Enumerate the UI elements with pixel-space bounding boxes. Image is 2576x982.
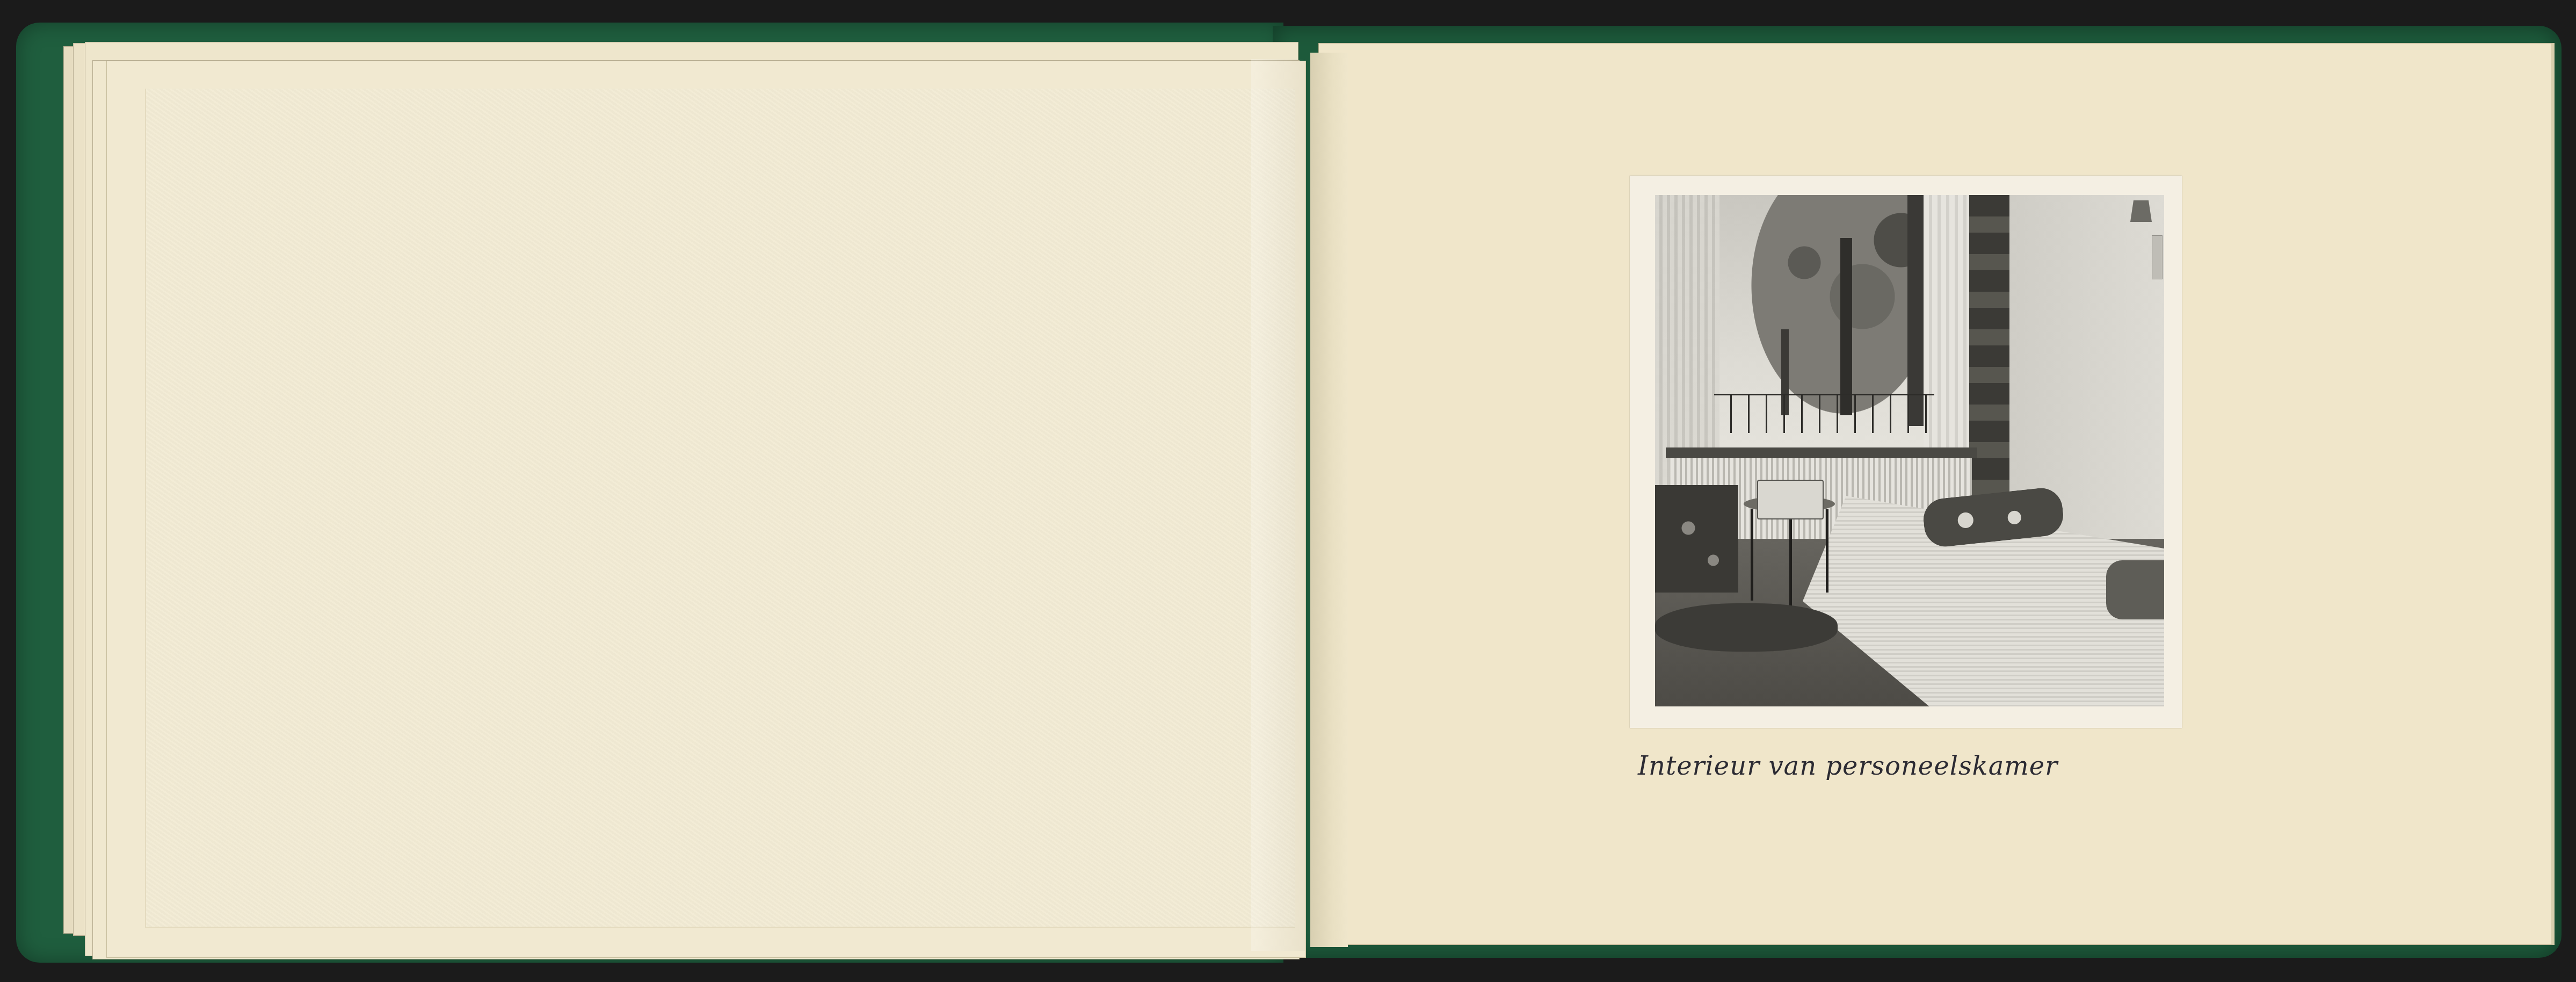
left-page-spine-shade: [1251, 59, 1305, 951]
photo-balcony-railing: [1714, 394, 1934, 433]
photo-windowsill: [1666, 447, 1977, 458]
left-page-embossed-panel: [145, 89, 1295, 928]
photo-tree-trunk: [1840, 238, 1852, 415]
photo-pillow: [2106, 560, 2164, 619]
photo-table-leg: [1751, 509, 1753, 601]
photo-side-table: [1655, 603, 1838, 652]
spine-gutter: [1310, 53, 1348, 947]
photo-table-leg: [1826, 509, 1828, 593]
photo-upholstered-chair: [1655, 485, 1738, 593]
mounted-photograph[interactable]: [1655, 195, 2164, 706]
photo-caption: Interieur van personeelskamer: [1638, 751, 2058, 781]
photo-wall: [2009, 195, 2164, 539]
photo-wall-picture: [2152, 235, 2163, 279]
photo-tree-trunk: [1907, 195, 1924, 426]
photo-radio: [1757, 480, 1824, 519]
photo-wall-sconce: [2130, 200, 2152, 222]
